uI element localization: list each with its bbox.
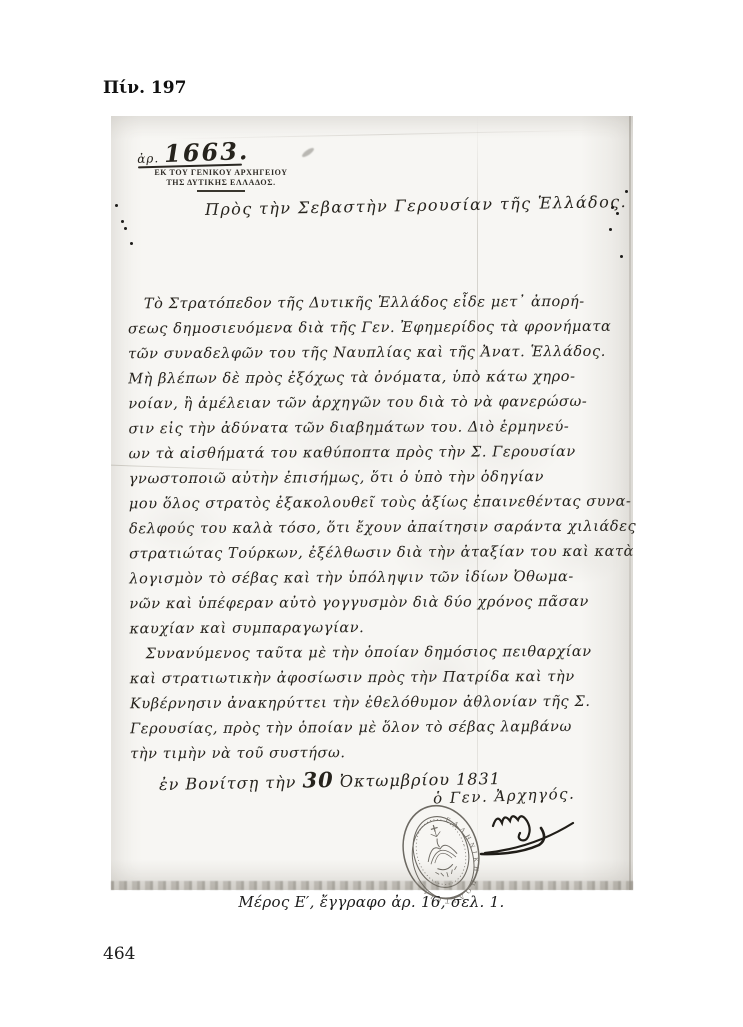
handwriting-line: μου ὅλος στρατὸς ἐξακολουθεῖ τοὺς ἀξίως … [129,490,631,518]
address-line: Πρὸς τὴν Σεβαστὴν Γερουσίαν τῆς Ἑλλάδος. [205,192,627,219]
handwriting-line: δελφούς του καλὰ τόσο, ὅτι ἔχουν ἀπαίτησ… [129,515,631,543]
ink-dot [115,204,118,207]
ink-dot [609,228,612,231]
handwriting-line: Μὴ βλέπων δὲ πρὸς ἐξόχως τὰ ὀνόματα, ὑπὸ… [128,365,630,393]
handwriting-line: καὶ στρατιωτικὴν ἀφοσίωσιν πρὸς τὴν Πατρ… [130,665,632,693]
handwriting-line: σεως δημοσιευόμενα διὰ τῆς Γεν. Ἐφημερίδ… [128,315,630,343]
letterhead-line: ΤΗΣ ΔΥΤΙΚΗΣ ΕΛΛΑΔΟΣ. [133,178,309,188]
handwriting-line: στρατιώτας Τούρκων, ἐξέλθωσιν διὰ τὴν ἀτ… [129,540,631,568]
body-text: Τὸ Στρατόπεδον τῆς Δυτικῆς Ἑλλάδος εἶδε … [128,290,632,768]
handwriting-line: καυχίαν καὶ συμπαραγωγίαν. [129,615,631,643]
handwriting-line: Κυβέρνησιν ἀνακηρύττει τὴν ἐθελόθυμον ἀθ… [130,690,632,718]
handwriting-line: νοίαν, ἢ ἀμέλειαν τῶν ἀρχηγῶν του διὰ τὸ… [128,390,630,418]
document-scan: ἀρ. 1663. ΕΚ ΤΟΥ ΓΕΝΙΚΟΥ ΑΡΧΗΓΕΙΟΥ ΤΗΣ Δ… [111,116,633,890]
ink-dot [616,212,619,215]
handwriting-line: Τὸ Στρατόπεδον τῆς Δυτικῆς Ἑλλάδος εἶδε … [128,290,630,318]
ink-dot [620,255,623,258]
handwriting-line: λογισμὸν τὸ σέβας καὶ τὴν ὑπόληψιν τῶν ἰ… [129,565,631,593]
plate-caption: Μέρος Ε′, ἔγγραφο ἀρ. 16, σελ. 1. [0,893,743,911]
letterhead-line: ΕΚ ΤΟΥ ΓΕΝΙΚΟΥ ΑΡΧΗΓΕΙΟΥ [133,168,309,178]
letterhead-rule [197,190,245,192]
ink-dot [625,190,628,193]
handwriting-line: ων τὰ αἰσθήματά του καθύποπτα πρὸς τὴν Σ… [129,440,631,468]
ink-dot [124,227,127,230]
ink-dot [611,206,614,209]
handwriting-line: νῶν καὶ ὑπέφεραν αὐτὸ γογγυσμὸν διὰ δύο … [129,590,631,618]
date-day: 30 [302,767,334,793]
date-place: ἐν Βονίτσῃ τὴν [159,773,297,794]
handwriting-line: Συνανύμενος ταῦτα μὲ τὴν ὁποίαν δημόσιος… [130,640,632,668]
handwriting-line: τῶν συναδελφῶν του τῆς Ναυπλίας καὶ τῆς … [128,340,630,368]
handwriting-line: Γερουσίας, πρὸς τὴν ὁποίαν μὲ ὅλον τὸ σέ… [130,715,632,743]
ink-smudge [301,146,315,158]
plate-label: Πίν. 197 [103,78,186,98]
paragraph: Συνανύμενος ταῦτα μὲ τὴν ὁποίαν δημόσιος… [130,640,633,768]
letterhead-stamp: ΕΚ ΤΟΥ ΓΕΝΙΚΟΥ ΑΡΧΗΓΕΙΟΥ ΤΗΣ ΔΥΤΙΚΗΣ ΕΛΛ… [133,168,309,188]
handwriting-line: σιν εἰς τὴν ἀδύνατα τῶν διαβημάτων του. … [128,415,630,443]
ink-dot [130,242,133,245]
ink-dot [121,220,124,223]
handwriting-line: τὴν τιμὴν νὰ τοῦ συστήσω. [130,740,632,768]
scan-edge [629,116,631,890]
page-number: 464 [103,944,135,964]
scan-edge [111,881,633,890]
handwriting-line: γνωστοποιῶ αὐτὴν ἐπισήμως, ὅτι ὁ ὑπὸ τὴν… [129,465,631,493]
protocol-prefix: ἀρ. [137,151,159,166]
paragraph: Τὸ Στρατόπεδον τῆς Δυτικῆς Ἑλλάδος εἶδε … [128,290,632,643]
